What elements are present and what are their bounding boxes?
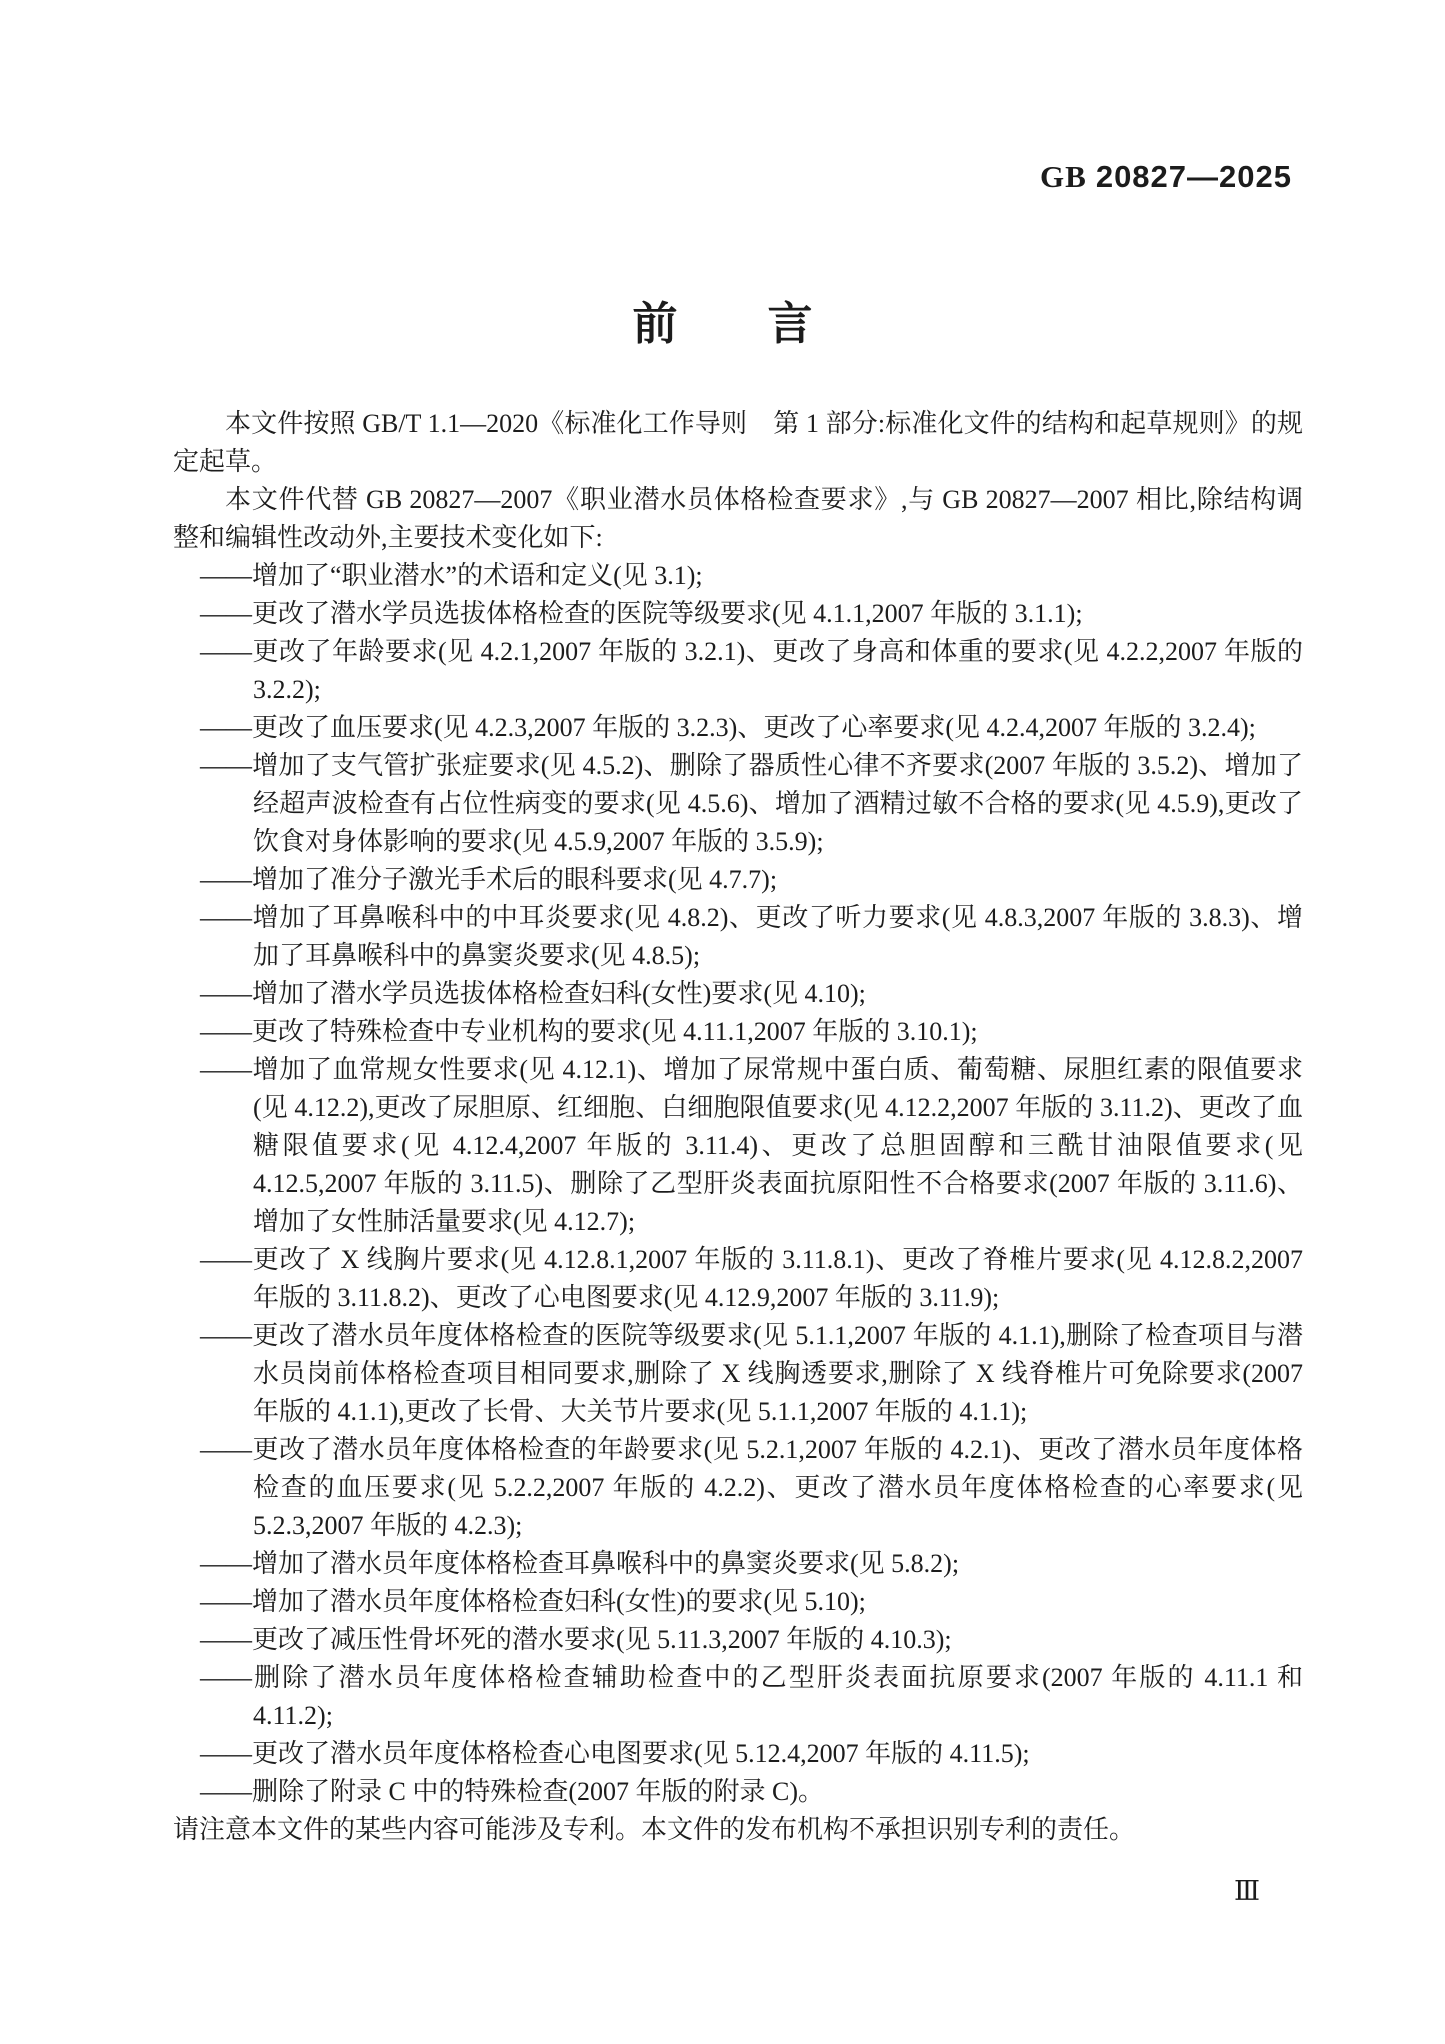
change-item-text: 增加了潜水员年度体格检查妇科(女性)的要求(见 5.10); [252, 1587, 866, 1616]
change-item-text: 更改了减压性骨坏死的潜水要求(见 5.11.3,2007 年版的 4.10.3)… [252, 1625, 952, 1654]
change-item-text: 更改了特殊检查中专业机构的要求(见 4.11.1,2007 年版的 3.10.1… [252, 1017, 978, 1046]
change-item-text: 增加了潜水员年度体格检查耳鼻喉科中的鼻窦炎要求(见 5.8.2); [252, 1549, 959, 1578]
change-item-text: 更改了潜水员年度体格检查的年龄要求(见 5.2.1,2007 年版的 4.2.1… [252, 1435, 1303, 1540]
change-item: ——增加了血常规女性要求(见 4.12.1)、增加了尿常规中蛋白质、葡萄糖、尿胆… [173, 1051, 1303, 1241]
change-item: ——更改了潜水员年度体格检查心电图要求(见 5.12.4,2007 年版的 4.… [173, 1735, 1303, 1773]
patent-note: 请注意本文件的某些内容可能涉及专利。本文件的发布机构不承担识别专利的责任。 [173, 1811, 1303, 1849]
dash-marker: —— [200, 1245, 252, 1274]
change-item: ——增加了耳鼻喉科中的中耳炎要求(见 4.8.2)、更改了听力要求(见 4.8.… [173, 899, 1303, 975]
foreword-body: 本文件按照 GB/T 1.1—2020《标准化工作导则 第 1 部分:标准化文件… [173, 405, 1303, 1849]
dash-marker: —— [200, 599, 252, 628]
foreword-title: 前言 [0, 296, 1445, 352]
change-item: ——删除了潜水员年度体格检查辅助检查中的乙型肝炎表面抗原要求(2007 年版的 … [173, 1659, 1303, 1735]
change-item-text: 更改了血压要求(见 4.2.3,2007 年版的 3.2.3)、更改了心率要求(… [252, 713, 1256, 742]
change-item: ——更改了 X 线胸片要求(见 4.12.8.1,2007 年版的 3.11.8… [173, 1241, 1303, 1317]
change-item-text: 更改了潜水员年度体格检查心电图要求(见 5.12.4,2007 年版的 4.11… [252, 1739, 1030, 1768]
change-item: ——增加了潜水员年度体格检查妇科(女性)的要求(见 5.10); [173, 1583, 1303, 1621]
change-item-text: 增加了耳鼻喉科中的中耳炎要求(见 4.8.2)、更改了听力要求(见 4.8.3,… [252, 903, 1303, 970]
dash-marker: —— [200, 561, 252, 590]
change-item-text: 更改了年龄要求(见 4.2.1,2007 年版的 3.2.1)、更改了身高和体重… [252, 637, 1303, 704]
change-item-text: 增加了血常规女性要求(见 4.12.1)、增加了尿常规中蛋白质、葡萄糖、尿胆红素… [252, 1055, 1303, 1236]
change-item: ——增加了潜水员年度体格检查耳鼻喉科中的鼻窦炎要求(见 5.8.2); [173, 1545, 1303, 1583]
change-item: ——增加了潜水学员选拔体格检查妇科(女性)要求(见 4.10); [173, 975, 1303, 1013]
change-item-text: 更改了 X 线胸片要求(见 4.12.8.1,2007 年版的 3.11.8.1… [252, 1245, 1303, 1312]
dash-marker: —— [200, 1625, 252, 1654]
change-item-text: 增加了准分子激光手术后的眼科要求(见 4.7.7); [252, 865, 777, 894]
change-item-text: 删除了附录 C 中的特殊检查(2007 年版的附录 C)。 [252, 1777, 824, 1806]
foreword-title-char-left: 前 [632, 299, 677, 349]
dash-marker: —— [200, 1777, 252, 1806]
change-item-text: 增加了“职业潜水”的术语和定义(见 3.1); [252, 561, 703, 590]
change-item-text: 增加了潜水学员选拔体格检查妇科(女性)要求(见 4.10); [252, 979, 866, 1008]
dash-marker: —— [200, 1663, 252, 1692]
technical-changes-list: ——增加了“职业潜水”的术语和定义(见 3.1); ——更改了潜水学员选拔体格检… [173, 557, 1303, 1811]
change-item: ——更改了潜水员年度体格检查的医院等级要求(见 5.1.1,2007 年版的 4… [173, 1317, 1303, 1431]
dash-marker: —— [200, 1739, 252, 1768]
change-item: ——更改了血压要求(见 4.2.3,2007 年版的 3.2.3)、更改了心率要… [173, 709, 1303, 747]
dash-marker: —— [200, 637, 252, 666]
page-number: Ⅲ [1234, 1876, 1260, 1906]
standard-number-value: 20827—2025 [1096, 159, 1292, 194]
standard-number-prefix: GB [1040, 159, 1087, 194]
paragraph-replacement: 本文件代替 GB 20827—2007《职业潜水员体格检查要求》,与 GB 20… [173, 481, 1303, 557]
change-item: ——更改了特殊检查中专业机构的要求(见 4.11.1,2007 年版的 3.10… [173, 1013, 1303, 1051]
change-item-text: 增加了支气管扩张症要求(见 4.5.2)、删除了器质性心律不齐要求(2007 年… [252, 751, 1303, 856]
dash-marker: —— [200, 1435, 252, 1464]
dash-marker: —— [200, 1321, 252, 1350]
dash-marker: —— [200, 903, 252, 932]
change-item: ——增加了“职业潜水”的术语和定义(见 3.1); [173, 557, 1303, 595]
change-item-text: 更改了潜水学员选拔体格检查的医院等级要求(见 4.1.1,2007 年版的 3.… [252, 599, 1083, 628]
standard-number: GB20827—2025 [1040, 158, 1292, 196]
dash-marker: —— [200, 865, 252, 894]
dash-marker: —— [200, 713, 252, 742]
change-item: ——增加了准分子激光手术后的眼科要求(见 4.7.7); [173, 861, 1303, 899]
dash-marker: —— [200, 979, 252, 1008]
dash-marker: —— [200, 751, 252, 780]
dash-marker: —— [200, 1017, 252, 1046]
change-item-text: 更改了潜水员年度体格检查的医院等级要求(见 5.1.1,2007 年版的 4.1… [252, 1321, 1303, 1426]
change-item: ——增加了支气管扩张症要求(见 4.5.2)、删除了器质性心律不齐要求(2007… [173, 747, 1303, 861]
change-item: ——更改了潜水员年度体格检查的年龄要求(见 5.2.1,2007 年版的 4.2… [173, 1431, 1303, 1545]
document-page: GB20827—2025 前言 本文件按照 GB/T 1.1—2020《标准化工… [0, 0, 1445, 2044]
dash-marker: —— [200, 1055, 252, 1084]
dash-marker: —— [200, 1549, 252, 1578]
foreword-title-char-right: 言 [768, 299, 813, 349]
change-item: ——删除了附录 C 中的特殊检查(2007 年版的附录 C)。 [173, 1773, 1303, 1811]
dash-marker: —— [200, 1587, 252, 1616]
change-item: ——更改了潜水学员选拔体格检查的医院等级要求(见 4.1.1,2007 年版的 … [173, 595, 1303, 633]
change-item-text: 删除了潜水员年度体格检查辅助检查中的乙型肝炎表面抗原要求(2007 年版的 4.… [252, 1663, 1303, 1730]
change-item: ——更改了年龄要求(见 4.2.1,2007 年版的 3.2.1)、更改了身高和… [173, 633, 1303, 709]
paragraph-drafting-basis: 本文件按照 GB/T 1.1—2020《标准化工作导则 第 1 部分:标准化文件… [173, 405, 1303, 481]
change-item: ——更改了减压性骨坏死的潜水要求(见 5.11.3,2007 年版的 4.10.… [173, 1621, 1303, 1659]
